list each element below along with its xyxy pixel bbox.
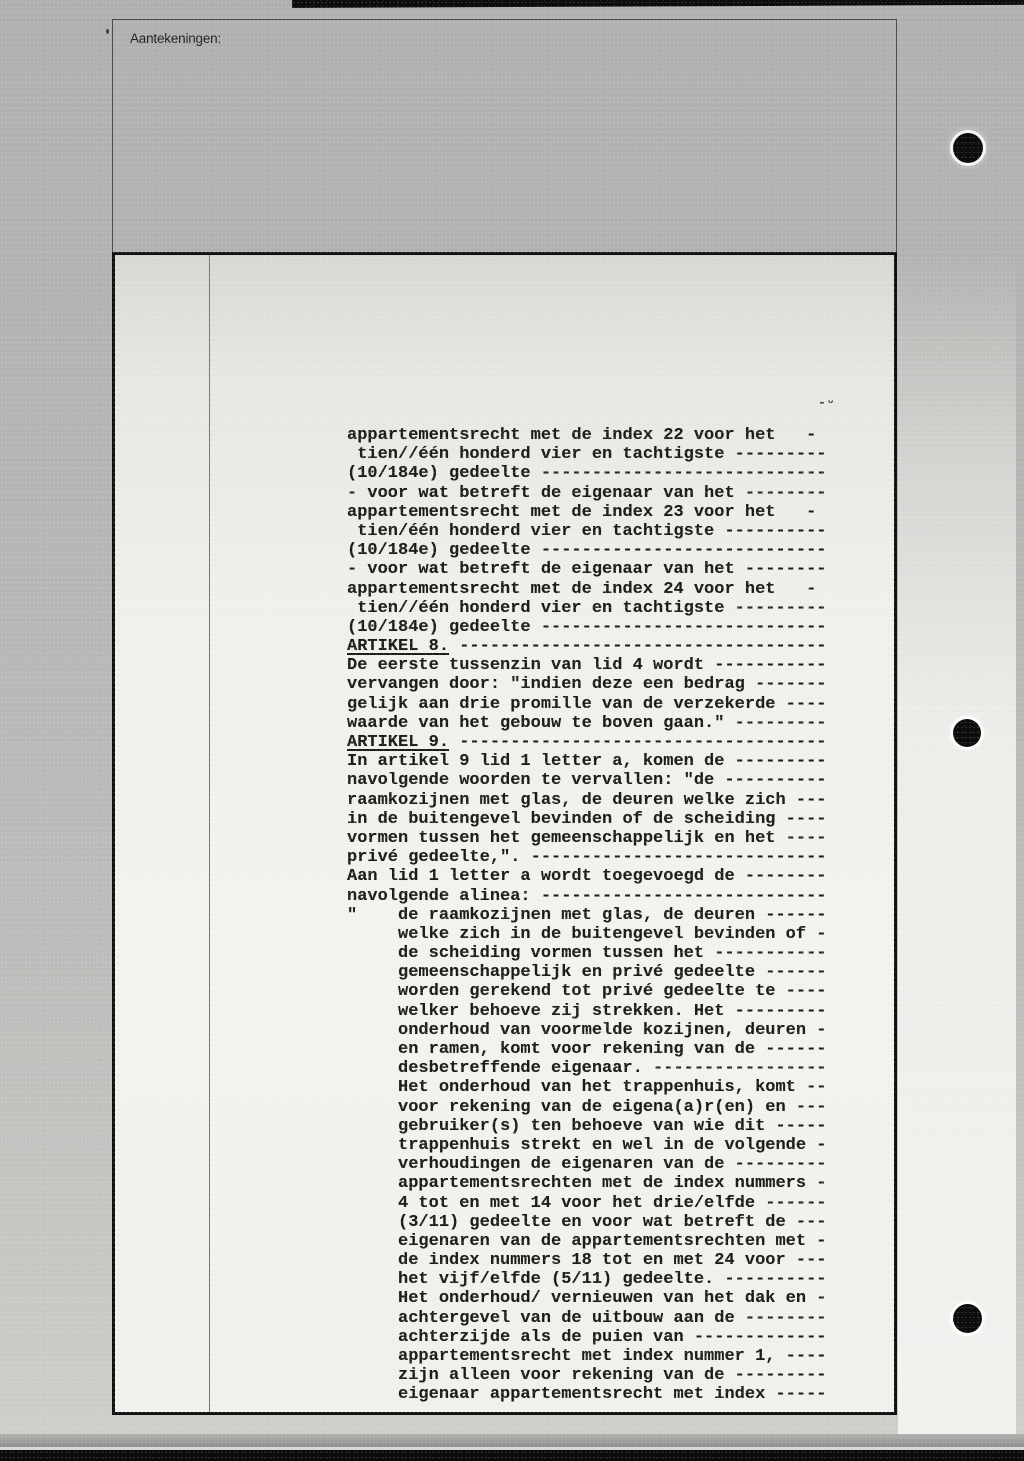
text-line: zijn alleen voor rekening van de -------… [347,1366,827,1385]
text-line: waarde van het gebouw te boven gaan." --… [347,714,827,733]
text-line: gebruiker(s) ten behoeve van wie dit ---… [347,1117,827,1136]
paper-margin-strip [898,255,1016,1435]
text-line: " de raamkozijnen met glas, de deuren --… [347,906,827,925]
typewritten-text: appartementsrecht met de index 22 voor h… [347,426,827,1405]
text-line: verhoudingen de eigenaren van de -------… [347,1155,827,1174]
text-line: worden gerekend tot privé gedeelte te --… [347,982,827,1001]
text-line: Het onderhoud/ vernieuwen van het dak en… [347,1289,827,1308]
text-line: de scheiding vormen tussen het ---------… [347,944,827,963]
text-line: onderhoud van voormelde kozijnen, deuren… [347,1021,827,1040]
text-line: (10/184e) gedeelte ---------------------… [347,618,827,637]
scan-speck [106,29,109,34]
text-line: appartementsrecht met de index 23 voor h… [347,503,827,522]
text-line: appartementsrechten met de index nummers… [347,1174,827,1193]
annotations-box: Aantekeningen: [112,19,897,253]
text-line: - voor wat betreft de eigenaar van het -… [347,484,827,503]
text-line: vormen tussen het gemeenschappelijk en h… [347,829,827,848]
text-line: appartementsrecht met index nummer 1, --… [347,1347,827,1366]
text-line: ARTIKEL 9. -----------------------------… [347,733,827,752]
text-line: de index nummers 18 tot en met 24 voor -… [347,1251,827,1270]
text-line: 4 tot en met 14 voor het drie/elfde ----… [347,1194,827,1213]
text-line: achtergevel van de uitbouw aan de ------… [347,1309,827,1328]
text-line: ARTIKEL 8. -----------------------------… [347,637,827,656]
scan-edge-bar-bottom [0,1450,1024,1461]
text-line: raamkozijnen met glas, de deuren welke z… [347,791,827,810]
text-line: Het onderhoud van het trappenhuis, komt … [347,1078,827,1097]
scan-edge-bar-top [292,0,1024,8]
text-line: en ramen, komt voor rekening van de ----… [347,1040,827,1059]
handwritten-mark: -ᵕ [818,395,836,410]
text-line: het vijf/elfde (5/11) gedeelte. --------… [347,1270,827,1289]
annotations-label: Aantekeningen: [130,31,221,46]
text-line: De eerste tussenzin van lid 4 wordt ----… [347,656,827,675]
text-line: eigenaar appartementsrecht met index ---… [347,1385,827,1404]
text-line: eigenaren van de appartementsrechten met… [347,1232,827,1251]
text-line: tien//één honderd vier en tachtigste ---… [347,599,827,618]
text-line: welke zich in de buitengevel bevinden of… [347,925,827,944]
text-line: achterzijde als de puien van -----------… [347,1328,827,1347]
text-line: navolgende alinea: ---------------------… [347,887,827,906]
text-line: trappenhuis strekt en wel in de volgende… [347,1136,827,1155]
text-line: tien//één honderd vier en tachtigste ---… [347,445,827,464]
punch-hole [953,133,983,163]
text-line: (10/184e) gedeelte ---------------------… [347,541,827,560]
text-line: In artikel 9 lid 1 letter a, komen de --… [347,752,827,771]
text-line: navolgende woorden te vervallen: "de ---… [347,771,827,790]
text-line: (3/11) gedeelte en voor wat betreft de -… [347,1213,827,1232]
text-line: Aan lid 1 letter a wordt toegevoegd de -… [347,867,827,886]
margin-rule-line [209,255,210,1412]
text-line: gelijk aan drie promille van de verzeker… [347,695,827,714]
text-line: voor rekening van de eigena(a)r(en) en -… [347,1098,827,1117]
text-line: - voor wat betreft de eigenaar van het -… [347,560,827,579]
text-line: tien/één honderd vier en tachtigste ----… [347,522,827,541]
punch-hole [953,719,981,747]
text-line: gemeenschappelijk en privé gedeelte ----… [347,963,827,982]
text-line: welker behoeve zij strekken. Het -------… [347,1002,827,1021]
text-line: in de buitengevel bevinden of de scheidi… [347,810,827,829]
text-line: desbetreffende eigenaar. ---------------… [347,1059,827,1078]
punch-hole [953,1304,982,1333]
scanned-page: Aantekeningen: -ᵕ appartementsrecht met … [0,0,1024,1461]
text-line: (10/184e) gedeelte ---------------------… [347,464,827,483]
text-line: vervangen door: "indien deze een bedrag … [347,675,827,694]
text-line: appartementsrecht met de index 22 voor h… [347,426,827,445]
scan-shadow-band-bottom [0,1434,1024,1448]
text-line: privé gedeelte,". ----------------------… [347,848,827,867]
text-line: appartementsrecht met de index 24 voor h… [347,580,827,599]
